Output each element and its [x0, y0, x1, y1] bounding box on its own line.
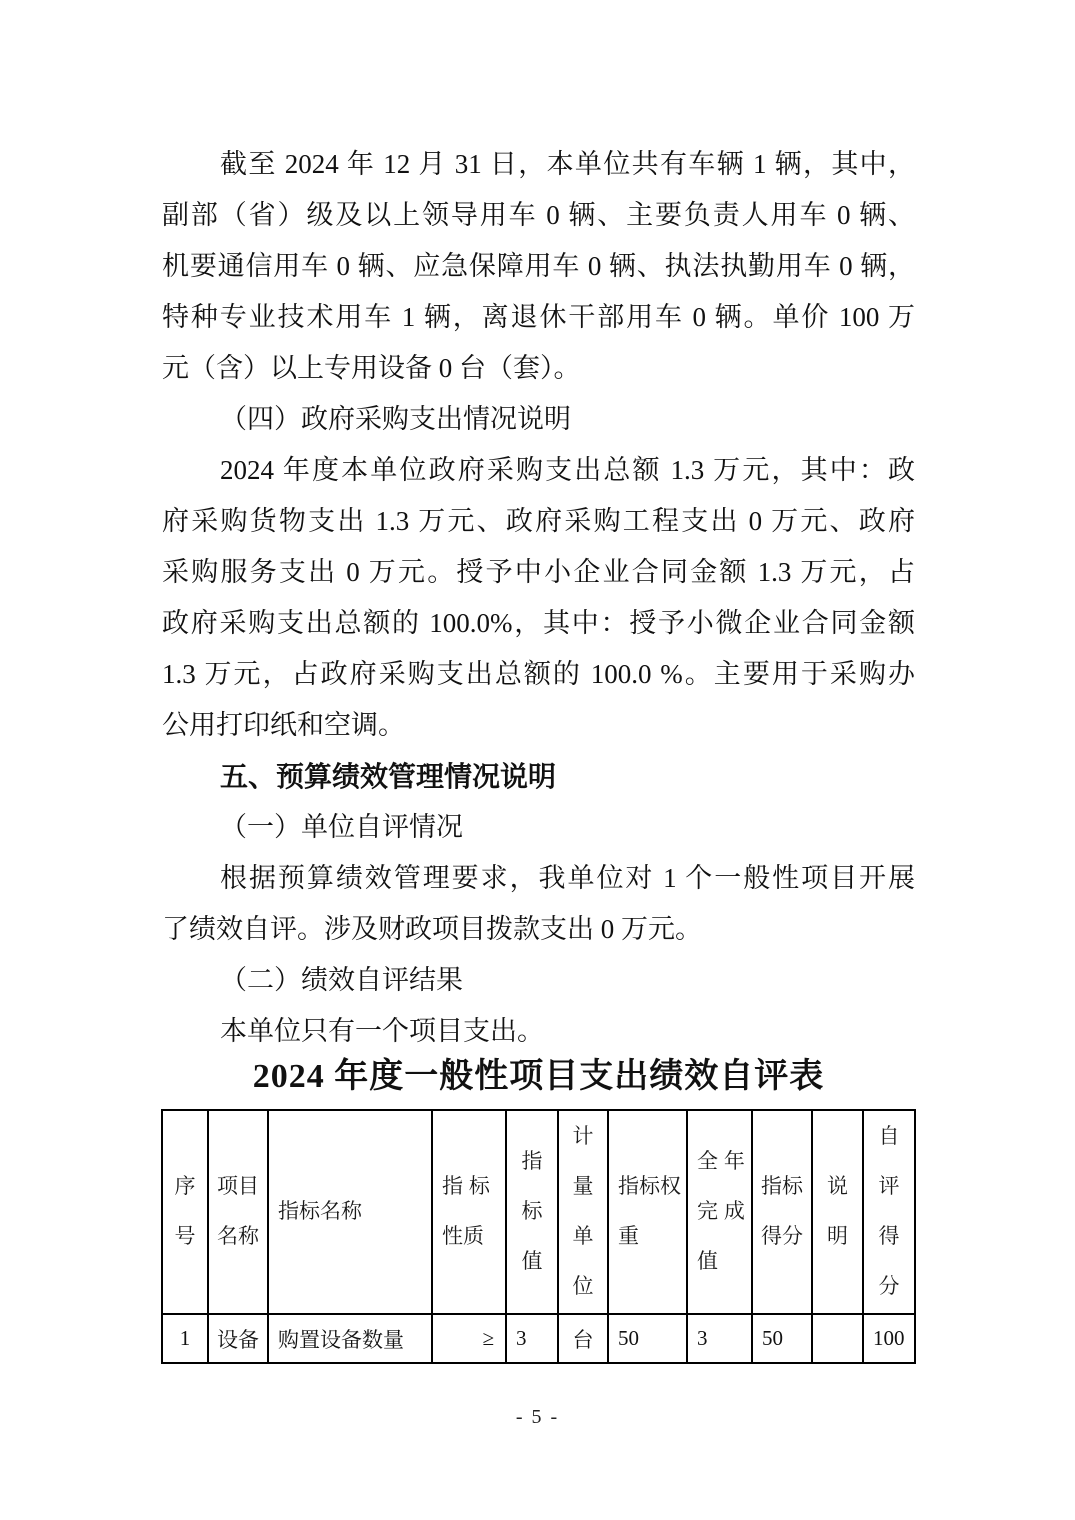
header-self-eval-score: 自评得分 [863, 1110, 915, 1314]
subsection-heading: （四）政府采购支出情况说明 [162, 394, 915, 445]
subsection-heading: （二）绩效自评结果 [162, 955, 915, 1006]
cell-self-eval-score: 100 [863, 1314, 915, 1363]
cell-indicator-weight: 50 [608, 1314, 687, 1363]
text-line: 2024 年度本单位政府采购支出总额 1.3 万元，其中：政 [162, 445, 915, 496]
header-measure-unit: 计量单位 [558, 1110, 608, 1314]
text-line: 机要通信用车 0 辆、应急保障用车 0 辆、执法执勤用车 0 辆， [162, 241, 915, 292]
text-line: 截至 2024 年 12 月 31 日，本单位共有车辆 1 辆，其中， [162, 139, 915, 190]
text-line: 公用打印纸和空调。 [162, 700, 915, 751]
header-indicator-value: 指标值 [506, 1110, 558, 1314]
text-line: 根据预算绩效管理要求，我单位对 1 个一般性项目开展 [162, 853, 915, 904]
text-line: 副部（省）级及以上领导用车 0 辆、主要负责人用车 0 辆、 [162, 190, 915, 241]
table-title: 2024 年度一般性项目支出绩效自评表 [162, 1048, 915, 1097]
text-line: 府采购货物支出 1.3 万元、政府采购工程支出 0 万元、政府 [162, 496, 915, 547]
subsection-heading: （一）单位自评情况 [162, 802, 915, 853]
header-indicator-nature: 指 标性质 [432, 1110, 506, 1314]
cell-indicator-score: 50 [752, 1314, 812, 1363]
cell-serial-number: 1 [162, 1314, 208, 1363]
text-line: 元（含）以上专用设备 0 台（套）。 [162, 343, 915, 394]
table-header-row: 序号项目名称指标名称指 标性质指标值计量单位指标权重全 年完 成值指标得分说明自… [162, 1110, 915, 1314]
text-line: 特种专业技术用车 1 辆，离退休干部用车 0 辆。单价 100 万 [162, 292, 915, 343]
text-line: 采购服务支出 0 万元。授予中小企业合同金额 1.3 万元，占 [162, 547, 915, 598]
cell-indicator-name: 购置设备数量 [268, 1314, 432, 1363]
header-indicator-weight: 指标权重 [608, 1110, 687, 1314]
cell-note [812, 1314, 863, 1363]
cell-indicator-value: 3 [506, 1314, 558, 1363]
cell-project-name: 设备 [208, 1314, 268, 1363]
cell-indicator-nature: ≥ [432, 1314, 506, 1363]
header-indicator-name: 指标名称 [268, 1110, 432, 1314]
page-number: - 5 - [0, 1406, 1075, 1429]
header-note: 说明 [812, 1110, 863, 1314]
body-text: 截至 2024 年 12 月 31 日，本单位共有车辆 1 辆，其中，副部（省）… [162, 139, 915, 1057]
text-line: 政府采购支出总额的 100.0%，其中：授予小微企业合同金额 [162, 598, 915, 649]
cell-annual-completion-value: 3 [687, 1314, 752, 1363]
text-line: 1.3 万元，占政府采购支出总额的 100.0 %。主要用于采购办 [162, 649, 915, 700]
performance-self-eval-table: 序号项目名称指标名称指 标性质指标值计量单位指标权重全 年完 成值指标得分说明自… [161, 1109, 916, 1364]
cell-measure-unit: 台 [558, 1314, 608, 1363]
table-row: 1设备购置设备数量≥3台50350100 [162, 1314, 915, 1363]
document-page: 截至 2024 年 12 月 31 日，本单位共有车辆 1 辆，其中，副部（省）… [0, 0, 1075, 1520]
header-annual-completion-value: 全 年完 成值 [687, 1110, 752, 1314]
text-line: 了绩效自评。涉及财政项目拨款支出 0 万元。 [162, 904, 915, 955]
header-project-name: 项目名称 [208, 1110, 268, 1314]
header-indicator-score: 指标得分 [752, 1110, 812, 1314]
header-serial-number: 序号 [162, 1110, 208, 1314]
section-heading: 五、预算绩效管理情况说明 [162, 751, 915, 802]
